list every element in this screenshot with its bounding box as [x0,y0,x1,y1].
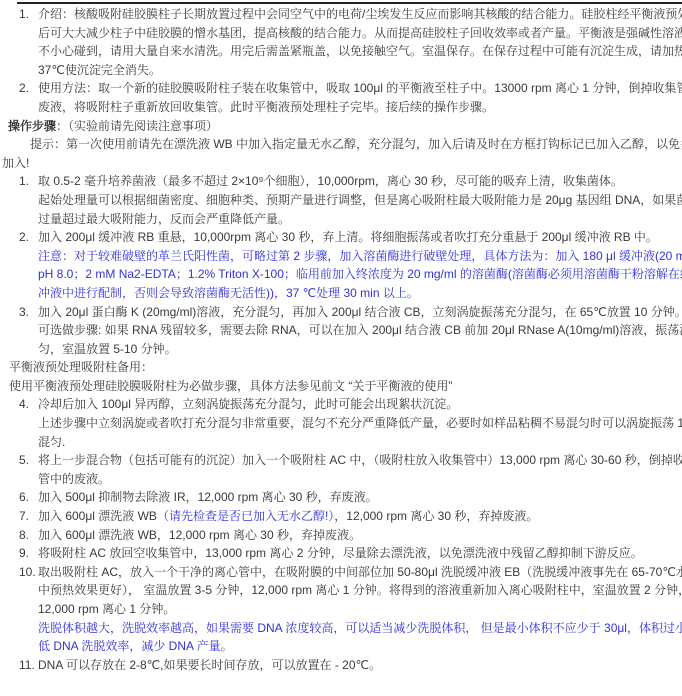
step-number: 4. [19,395,29,414]
step-4-line-2: 上述步骤中立刻涡旋或者吹打充分混匀非常重要，混匀不充分严重降低产量，必要时如样品… [0,414,682,433]
line-text: 将上一步混合物（包括可能有的沉淀）加入一个吸附柱 AC 中，（吸附柱放入收集管中… [38,453,682,467]
line-text: 上述步骤中立刻涡旋或者吹打充分混匀非常重要，混匀不充分严重降低产量，必要时如样品… [38,416,682,430]
equilibration-note-body: 使用平衡液预处理硅胶膜吸附柱为必做步骤，具体方法参见前文 “关于平衡液的使用” [0,377,682,396]
line-text: 提示：第一次使用前请先在漂洗液 WB 中加入指定量无水乙醇，充分混匀，加入后请及… [30,137,682,151]
line-text: 管中的废液。 [38,472,110,486]
step-number: 5. [19,451,29,470]
intro-item-2-line-1: 2.使用方法：取一个新的硅胶膜吸附柱子装在收集管中，吸取 100μl 的平衡液至… [0,79,682,98]
line-text: 取 0.5-2 毫升培养菌液（最多不超过 2×10⁹个细胞），10,000rpm… [38,174,623,188]
step-1-line-2: 起始处理量可以根据细菌密度、细胞种类、预期产量进行调整，但是离心吸附柱最大吸附能… [0,191,682,210]
note-text: pH 8.0；2 mM Na2-EDTA；1.2% Triton X-100；临… [38,267,682,281]
step-10-line-2: 中预热效果更好）， 室温放置 3-5 分钟，12,000 rpm 离心 1 分钟… [0,581,682,600]
step-3-line-3: 匀，室温放置 5-10 分钟。 [0,340,682,359]
line-text: 加入 600μl 漂洗液 WB，12,000 rpm 离心 30 秒，弃掉废液。 [38,528,361,542]
step-9-line-1: 9.将吸附柱 AC 放回空收集管中，13,000 rpm 离心 2 分钟，尽量除… [0,544,682,563]
intro-item-1-line-3: 不小心碰到，请用大量自来水清洗。用完后需盖紧瓶盖，以免接触空气。室温保存。在保存… [0,42,682,61]
step-3-line-2: 可选做步骤: 如果 RNA 残留较多，需要去除 RNA，可以在加入 200μl … [0,321,682,340]
item-number: 1. [19,5,29,24]
step-number: 7. [19,507,29,526]
heading-text: 操作步骤 [8,119,56,133]
line-text: 废液，将吸附柱子重新放回收集管。此时平衡液预处理柱子完毕。接后续的操作步骤。 [38,100,494,114]
step-6-line-1: 6.加入 500μl 抑制物去除液 IR，12,000 rpm 离心 30 秒，… [0,488,682,507]
item-number: 2. [19,79,29,98]
line-text: 将吸附柱 AC 放回空收集管中，13,000 rpm 离心 2 分钟，尽量除去漂… [38,546,643,560]
line-text: 加入 20μl 蛋白酶 K (20mg/ml)溶液，充分混匀，再加入 200μl… [38,305,682,319]
step-7-line-1: 7.加入 600μl 漂洗液 WB（请先检查是否已加入无水乙醇!），12,000… [0,507,682,526]
step-2-note-line-1: 注意：对于较难破壁的革兰氏阳性菌，可略过第 2 步骤，加入溶菌酶进行破壁处理，具… [0,247,682,266]
line-text: 37℃使沉淀完全消失。 [38,63,161,77]
tip-line-1: 提示：第一次使用前请先在漂洗液 WB 中加入指定量无水乙醇，充分混匀，加入后请及… [0,135,682,154]
step-number: 1. [19,172,29,191]
inline-warning-text: （请先检查是否已加入无水乙醇!） [157,509,334,523]
line-text: 使用平衡液预处理硅胶膜吸附柱为必做步骤，具体方法参见前文 “关于平衡液的使用” [9,379,452,393]
protocol-document-page: 1.介绍：核酸吸附硅胶膜柱子长期放置过程中会同空气中的电荷/尘埃发生反应而影响其… [0,0,682,696]
line-text: 介绍：核酸吸附硅胶膜柱子长期放置过程中会同空气中的电荷/尘埃发生反应而影响其核酸… [38,7,682,21]
document-content: 1.介绍：核酸吸附硅胶膜柱子长期放置过程中会同空气中的电荷/尘埃发生反应而影响其… [0,0,682,674]
step-number: 10. [19,563,36,582]
line-text: DNA 可以存放在 2-8℃,如果要长时间存放，可以放置在 - 20℃。 [38,658,381,672]
step-11-line-1: 11.DNA 可以存放在 2-8℃,如果要长时间存放，可以放置在 - 20℃。 [0,656,682,675]
line-text: 匀，室温放置 5-10 分钟。 [38,342,177,356]
line-text: 起始处理量可以根据细菌密度、细胞种类、预期产量进行调整，但是离心吸附柱最大吸附能… [38,193,682,207]
intro-item-1-line-4: 37℃使沉淀完全消失。 [0,61,682,80]
line-text: 加入 200μl 缓冲液 RB 重悬，10,000rpm 离心 30 秒，弃上清… [38,230,658,244]
intro-item-1-line-2: 后可大大减少柱子中硅胶膜的憎水基团，提高核酸的结合能力。从而提高硅胶柱子回收效率… [0,24,682,43]
step-5-line-1: 5.将上一步混合物（包括可能有的沉淀）加入一个吸附柱 AC 中，（吸附柱放入收集… [0,451,682,470]
note-text: 冲液中进行配制，否则会导致溶菌酶无活性))，37 ℃处理 30 min 以上。 [38,286,419,300]
line-text: 平衡液预处理吸附柱备用： [9,360,153,374]
line-text: 加入! [2,156,29,170]
step-1-line-1: 1.取 0.5-2 毫升培养菌液（最多不超过 2×10⁹个细胞），10,000r… [0,172,682,191]
step-number: 6. [19,488,29,507]
intro-item-2-line-2: 废液，将吸附柱子重新放回收集管。此时平衡液预处理柱子完毕。接后续的操作步骤。 [0,98,682,117]
line-text: 冷却后加入 100μl 异丙醇，立刻涡旋振荡充分混匀，此时可能会出现絮状沉淀。 [38,397,458,411]
step-number: 9. [19,544,29,563]
step-8-line-1: 8.加入 600μl 漂洗液 WB，12,000 rpm 离心 30 秒，弃掉废… [0,526,682,545]
step-10-line-3: 12,000 rpm 离心 1 分钟。 [0,600,682,619]
step-1-line-3: 过量超过最大吸附能力，反而会严重降低产量。 [0,210,682,229]
line-text: ，12,000 rpm 离心 30 秒，弃掉废液。 [334,509,538,523]
top-rule [17,2,682,4]
step-2-line-1: 2.加入 200μl 缓冲液 RB 重悬，10,000rpm 离心 30 秒，弃… [0,228,682,247]
line-text: 过量超过最大吸附能力，反而会严重降低产量。 [38,212,290,226]
section-heading-operation-steps: 操作步骤：（实验前请先阅读注意事项） [0,117,682,136]
step-4-line-3: 混匀. [0,433,682,452]
intro-item-1-line-1: 1.介绍：核酸吸附硅胶膜柱子长期放置过程中会同空气中的电荷/尘埃发生反应而影响其… [0,5,682,24]
step-10-note-line-2: 低 DNA 洗脱效率，减少 DNA 产量。 [0,637,682,656]
line-text: 后可大大减少柱子中硅胶膜的憎水基团，提高核酸的结合能力。从而提高硅胶柱子回收效率… [38,26,682,40]
note-text: 注意：对于较难破壁的革兰氏阳性菌，可略过第 2 步骤，加入溶菌酶进行破壁处理，具… [38,249,682,263]
step-2-note-line-2: pH 8.0；2 mM Na2-EDTA；1.2% Triton X-100；临… [0,265,682,284]
line-text: 使用方法：取一个新的硅胶膜吸附柱子装在收集管中，吸取 100μl 的平衡液至柱子… [38,81,682,95]
line-text: 取出吸附柱 AC，放入一个干净的离心管中，在吸附膜的中间部位加 50-80μl … [38,565,682,579]
step-number: 2. [19,228,29,247]
step-3-line-1: 3.加入 20μl 蛋白酶 K (20mg/ml)溶液，充分混匀，再加入 200… [0,303,682,322]
step-number: 3. [19,303,29,322]
line-text: 中预热效果更好）， 室温放置 3-5 分钟，12,000 rpm 离心 1 分钟… [38,583,682,597]
heading-note: ：（实验前请先阅读注意事项） [56,119,218,133]
step-4-line-1: 4.冷却后加入 100μl 异丙醇，立刻涡旋振荡充分混匀，此时可能会出现絮状沉淀… [0,395,682,414]
line-text: 可选做步骤: 如果 RNA 残留较多，需要去除 RNA，可以在加入 200μl … [38,323,682,337]
line-text: 加入 500μl 抑制物去除液 IR，12,000 rpm 离心 30 秒，弃废… [38,490,378,504]
step-10-line-1: 10.取出吸附柱 AC，放入一个干净的离心管中，在吸附膜的中间部位加 50-80… [0,563,682,582]
note-text: 低 DNA 洗脱效率，减少 DNA 产量。 [38,639,233,653]
step-2-note-line-3: 冲液中进行配制，否则会导致溶菌酶无活性))，37 ℃处理 30 min 以上。 [0,284,682,303]
step-10-note-line-1: 洗脱体积越大，洗脱效率越高，如果需要 DNA 浓度较高，可以适当减少洗脱体积， … [0,619,682,638]
line-text: 加入 600μl 漂洗液 WB [38,509,157,523]
line-text: 不小心碰到，请用大量自来水清洗。用完后需盖紧瓶盖，以免接触空气。室温保存。在保存… [38,44,682,58]
tip-line-2: 加入! [0,154,682,173]
line-text: 混匀. [38,435,65,449]
equilibration-note-title: 平衡液预处理吸附柱备用： [0,358,682,377]
step-5-line-2: 管中的废液。 [0,470,682,489]
line-text: 12,000 rpm 离心 1 分钟。 [38,602,175,616]
step-number: 8. [19,526,29,545]
note-text: 洗脱体积越大，洗脱效率越高，如果需要 DNA 浓度较高，可以适当减少洗脱体积， … [38,621,682,635]
step-number: 11. [19,656,35,675]
